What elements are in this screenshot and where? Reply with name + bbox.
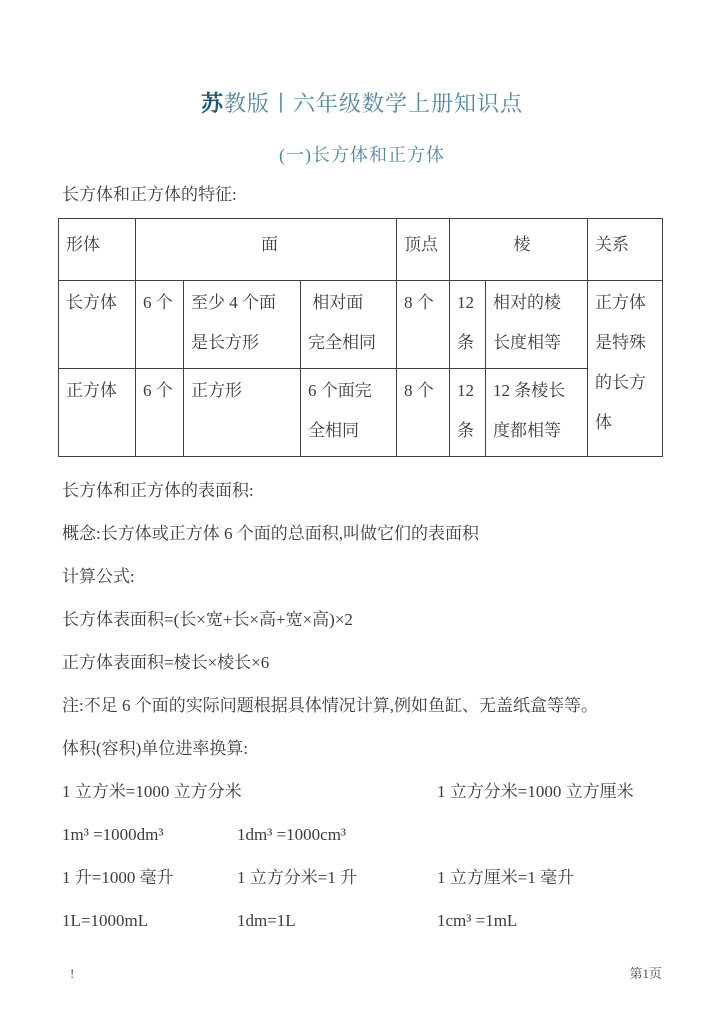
- conversion-row-4: 1L=1000mL 1dm=1L 1cm³ =1mL: [62, 912, 666, 929]
- cell-cuboid-edge-count: 12 条: [450, 281, 486, 369]
- conversion-L-mL: 1L=1000mL: [62, 912, 237, 929]
- conversion-cubic-decimeter-liter: 1 立方分米=1 升: [237, 869, 437, 886]
- table-header-row: 形体 面 顶点 棱 关系: [59, 219, 663, 281]
- surface-area-concept: 概念:长方体或正方体 6 个面的总面积,叫做它们的表面积: [62, 525, 724, 542]
- conversion-dm3-cm3: 1dm³ =1000cm³: [237, 826, 437, 843]
- cell-cube-shape: 正方体: [59, 369, 136, 457]
- cell-relation-note: 正方体 是特殊 的长方 体: [588, 281, 663, 457]
- conversion-cubic-decimeter: 1 立方分米=1000 立方厘米: [437, 783, 666, 800]
- cell-cube-edge-count: 12 条: [450, 369, 486, 457]
- formula-cube-surface: 正方体表面积=棱长×棱长×6: [62, 654, 724, 671]
- cell-cube-vertex-count: 8 个: [397, 369, 450, 457]
- page-subtitle: (一)长方体和正方体: [0, 146, 724, 164]
- conversion-dm-L: 1dm=1L: [237, 912, 437, 929]
- cell-cuboid-vertex-count: 8 个: [397, 281, 450, 369]
- cell-cuboid-face-shape: 至少 4 个面 是长方形: [184, 281, 301, 369]
- features-heading: 长方体和正方体的特征:: [62, 186, 724, 203]
- title-rest-text: 教版丨六年级数学上册知识点: [224, 91, 523, 116]
- conversion-row-2: 1m³ =1000dm³ 1dm³ =1000cm³: [62, 826, 666, 843]
- formulas-heading: 计算公式:: [62, 568, 724, 585]
- conversion-row-1: 1 立方米=1000 立方分米 1 立方分米=1000 立方厘米: [62, 783, 666, 800]
- cell-cube-face-shape: 正方形: [184, 369, 301, 457]
- cell-cuboid-edge-equal: 相对的棱 长度相等: [486, 281, 588, 369]
- cell-cube-face-count: 6 个: [136, 369, 184, 457]
- document-page: 苏教版丨六年级数学上册知识点 (一)长方体和正方体 长方体和正方体的特征: 形体…: [0, 0, 724, 1024]
- header-shape: 形体: [59, 219, 136, 281]
- cell-cube-face-equal: 6 个面完 全相同: [301, 369, 397, 457]
- surface-area-note: 注:不足 6 个面的实际问题根据具体情况计算,例如鱼缸、无盖纸盒等等。: [62, 697, 724, 714]
- formula-cuboid-surface: 长方体表面积=(长×宽+长×高+宽×高)×2: [62, 611, 724, 628]
- conversion-cubic-meter: 1 立方米=1000 立方分米: [62, 783, 437, 800]
- table-row-cube: 正方体 6 个 正方形 6 个面完 全相同 8 个 12 条 12 条棱长 度都…: [59, 369, 663, 457]
- conversion-liter-milliliter: 1 升=1000 毫升: [62, 869, 237, 886]
- cell-cuboid-face-equal: 相对面 完全相同: [301, 281, 397, 369]
- footer-mark: !: [62, 966, 74, 982]
- table-row-cuboid: 长方体 6 个 至少 4 个面 是长方形 相对面 完全相同 8 个 12 条 相…: [59, 281, 663, 369]
- cell-cuboid-face-count: 6 个: [136, 281, 184, 369]
- cell-cube-edge-equal: 12 条棱长 度都相等: [486, 369, 588, 457]
- features-table: 形体 面 顶点 棱 关系 长方体 6 个 至少 4 个面 是长方形 相对面 完全…: [58, 218, 663, 457]
- surface-area-heading: 长方体和正方体的表面积:: [62, 482, 724, 499]
- conversion-m3-dm3: 1m³ =1000dm³: [62, 826, 237, 843]
- title-lead-char: 苏: [201, 91, 224, 116]
- header-relation: 关系: [588, 219, 663, 281]
- header-edges: 棱: [450, 219, 588, 281]
- page-title: 苏教版丨六年级数学上册知识点: [0, 92, 724, 116]
- header-vertices: 顶点: [397, 219, 450, 281]
- conversion-cubic-centimeter-milliliter: 1 立方厘米=1 毫升: [437, 869, 666, 886]
- volume-units-heading: 体积(容积)单位进率换算:: [62, 740, 724, 757]
- conversion-cm3-mL: 1cm³ =1mL: [437, 912, 666, 929]
- header-faces: 面: [136, 219, 397, 281]
- page-footer: ! 第1页: [62, 963, 662, 982]
- conversion-row-3: 1 升=1000 毫升 1 立方分米=1 升 1 立方厘米=1 毫升: [62, 869, 666, 886]
- page-number: 第1页: [629, 963, 662, 982]
- cell-cuboid-shape: 长方体: [59, 281, 136, 369]
